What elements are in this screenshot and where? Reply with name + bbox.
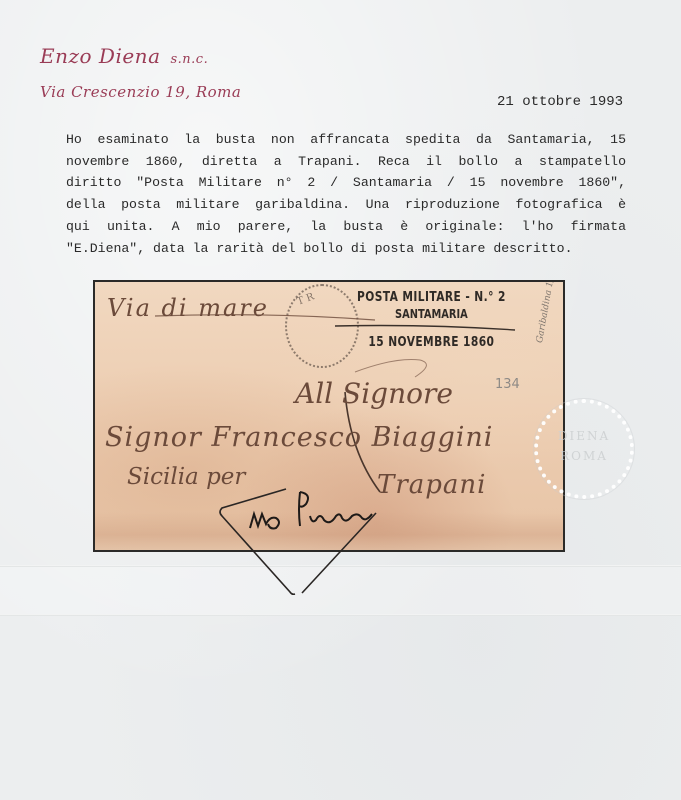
cachet-rules [95,282,563,550]
letterhead-company: Enzo Dienas.n.c. [40,44,208,68]
body-line: Ho esaminato la busta non affrancata spe… [66,129,626,151]
certificate-date: 21 ottobre 1993 [497,94,623,110]
handwriting-addressee: Signor Francesco Biaggini [105,422,493,453]
fold-line [0,614,681,616]
body-line: della posta militare garibaldina. Una ri… [66,194,626,216]
seal-line-2: ROMA [538,449,630,463]
body-line: novembre 1860, diretta a Trapani. Reca i… [66,151,626,173]
company-name: Enzo Diena [40,44,161,68]
body-line: diritto "Posta Militare n° 2 / Santamari… [66,172,626,194]
certificate-body: Ho esaminato la busta non affrancata spe… [66,129,626,259]
handwriting-salutation: All Signore [295,377,453,410]
company-suffix: s.n.c. [171,52,209,67]
letterhead-address: Via Crescenzio 19, Roma [40,83,241,101]
fold-band [0,567,681,614]
handwriting-region: Sicilia per [127,464,245,490]
envelope-photo: T R POSTA MILITARE - N.° 2 SANTAMARIA 15… [93,280,565,552]
body-line: qui unita. A mio parere, la busta è orig… [66,216,626,238]
body-line: "E.Diena", data la rarità del bollo di p… [66,238,626,260]
seal-line-1: DIENA [538,429,630,443]
pencil-number: 134 [495,377,520,392]
embossed-seal: DIENA ROMA [534,399,634,499]
fold-line [0,565,681,567]
handwriting-city: Trapani [377,470,486,500]
handwriting-via: Via di mare [107,294,269,322]
